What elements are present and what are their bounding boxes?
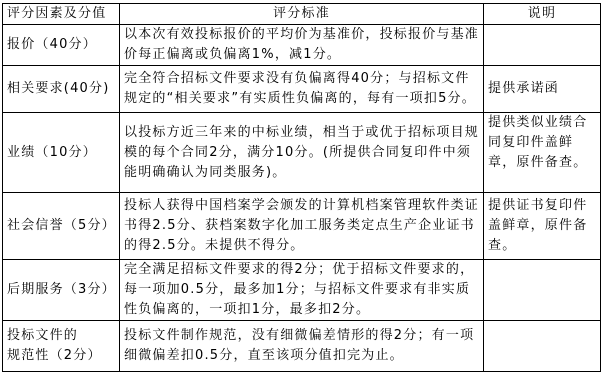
- table-header-row: 评分因素及分值 评分标准 说明: [3, 4, 601, 25]
- header-factor: 评分因素及分值: [3, 4, 120, 25]
- factor-cell: 社会信誉（5分）: [3, 193, 120, 260]
- criteria-cell: 投标文件制作规范，没有细微偏差情形的得2分；有一项细微偏差扣0.5分，直至该项分…: [120, 321, 484, 372]
- factor-line-2: 规范性（2分）: [7, 346, 115, 366]
- factor-cell: 相关要求(40分): [3, 66, 120, 113]
- header-note: 说明: [484, 4, 601, 25]
- table-row-document-standard: 投标文件的 规范性（2分） 投标文件制作规范，没有细微偏差情形的得2分；有一项细…: [3, 321, 601, 372]
- criteria-cell: 投标人获得中国档案学会颁发的计算机档案管理软件类证书得2.5分、获档案数字化加工…: [120, 193, 484, 260]
- factor-cell: 业绩（10分）: [3, 113, 120, 193]
- table-row-performance: 业绩（10分） 以投标方近三年来的中标业绩，相当于或优于招标项目规模的每个合同2…: [3, 113, 601, 193]
- note-cell: [484, 321, 601, 372]
- note-cell: [484, 260, 601, 321]
- header-criteria: 评分标准: [120, 4, 484, 25]
- factor-cell: 后期服务（3分）: [3, 260, 120, 321]
- table-row-requirements: 相关要求(40分) 完全符合招标文件要求没有负偏离得40分；与招标文件规定的“相…: [3, 66, 601, 113]
- criteria-cell: 完全符合招标文件要求没有负偏离得40分；与招标文件规定的“相关要求”有实质性负偏…: [120, 66, 484, 113]
- criteria-cell: 以本次有效投标报价的平均价为基准价，投标报价与基准价每正偏离或负偏离1%，减1分…: [120, 25, 484, 66]
- scoring-table: 评分因素及分值 评分标准 说明 报价（40分） 以本次有效投标报价的平均价为基准…: [2, 3, 601, 372]
- table-row-price: 报价（40分） 以本次有效投标报价的平均价为基准价，投标报价与基准价每正偏离或负…: [3, 25, 601, 66]
- factor-cell: 投标文件的 规范性（2分）: [3, 321, 120, 372]
- note-cell: 提供类似业绩合同复印件盖鲜章，原件备查。: [484, 113, 601, 193]
- note-cell: 提供承诺函: [484, 66, 601, 113]
- factor-cell: 报价（40分）: [3, 25, 120, 66]
- table-row-after-service: 后期服务（3分） 完全满足招标文件要求的得2分；优于招标文件要求的，每一项加0.…: [3, 260, 601, 321]
- note-cell: 提供证书复印件盖鲜章，原件备查。: [484, 193, 601, 260]
- criteria-cell: 完全满足招标文件要求的得2分；优于招标文件要求的，每一项加0.5分，最多加1分；…: [120, 260, 484, 321]
- table-row-reputation: 社会信誉（5分） 投标人获得中国档案学会颁发的计算机档案管理软件类证书得2.5分…: [3, 193, 601, 260]
- factor-line-1: 投标文件的: [7, 326, 115, 346]
- note-cell: [484, 25, 601, 66]
- criteria-cell: 以投标方近三年来的中标业绩，相当于或优于招标项目规模的每个合同2分，满分10分。…: [120, 113, 484, 193]
